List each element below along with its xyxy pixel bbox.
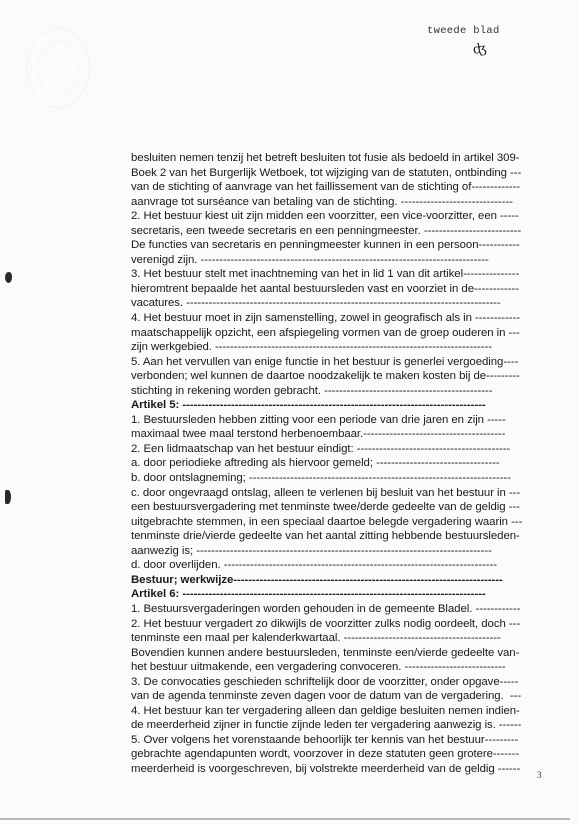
body-text-line: d. door overlijden. --------------------… — [131, 558, 543, 573]
body-text-line: 4. Het bestuur moet in zijn samenstellin… — [131, 311, 543, 326]
notary-seal-stamp — [26, 28, 90, 108]
body-text-line: vacatures. -----------------------------… — [131, 296, 543, 311]
body-text-line: verbonden; wel kunnen de daartoe noodzak… — [131, 369, 543, 384]
punch-hole-mark-icon — [5, 490, 11, 504]
body-text-line: c. door ongevraagd ontslag, alleen te ve… — [131, 486, 543, 501]
scan-edge-line — [0, 818, 570, 820]
body-text-line: maximaal twee maal terstond herbenoembaa… — [131, 427, 543, 442]
body-text-line: 4. Het bestuur kan ter vergadering allee… — [131, 704, 543, 719]
body-text-line: aanwezig is; ---------------------------… — [131, 544, 543, 559]
body-text-line: de meerderheid zijner in functie zijnde … — [131, 718, 543, 733]
body-text-line: Bovendien kunnen andere bestuursleden, t… — [131, 646, 543, 661]
body-text-line: van de agenda tenminste zeven dagen voor… — [131, 689, 543, 704]
sheet-label: tweede blad — [427, 25, 500, 37]
punch-hole-mark-icon — [5, 272, 12, 283]
body-text-line: meerderheid is voorgeschreven, bij volst… — [131, 762, 543, 777]
body-text-line: aanvrage tot surséance van betaling van … — [131, 195, 543, 210]
body-text-line: De functies van secretaris en penningmee… — [131, 238, 543, 253]
section-heading-line: Bestuur; werkwijze----------------------… — [131, 573, 543, 588]
body-text-line: tenminste drie/vierde gedeelte van het a… — [131, 529, 543, 544]
body-text-line: secretaris, een tweede secretaris en een… — [131, 224, 543, 239]
body-text-line: hieromtrent bepaalde het aantal bestuurs… — [131, 282, 543, 297]
body-text-line: maatschappelijk opzicht, een afspiegelin… — [131, 326, 543, 341]
body-text-line: besluiten nemen tenzij het betreft beslu… — [131, 151, 543, 166]
body-text-line: zijn werkgebied. -----------------------… — [131, 340, 543, 355]
document-body: besluiten nemen tenzij het betreft beslu… — [131, 151, 543, 777]
body-text-line: 2. Een lidmaatschap van het bestuur eind… — [131, 442, 543, 457]
body-text-line: gebrachte agendapunten wordt, voorzover … — [131, 747, 543, 762]
body-text-line: b. door ontslagneming; -----------------… — [131, 471, 543, 486]
body-text-line: 3. De convocaties geschieden schriftelij… — [131, 675, 543, 690]
body-text-line: van de stichting of aanvrage van het fai… — [131, 180, 543, 195]
body-text-line: Boek 2 van het Burgerlijk Wetboek, tot w… — [131, 166, 543, 181]
handwritten-initial: ʤ — [472, 41, 487, 58]
page-number: 3 — [537, 770, 542, 780]
body-text-line: stichting in rekening worden gebracht. -… — [131, 384, 543, 399]
body-text-line: verenigd zijn. -------------------------… — [131, 253, 543, 268]
body-text-line: 3. Het bestuur stelt met inachtneming va… — [131, 267, 543, 282]
section-heading-line: Artikel 5: -----------------------------… — [131, 398, 543, 413]
body-text-line: uitgebrachte stemmen, in een speciaal da… — [131, 515, 543, 530]
body-text-line: 1. Bestuursleden hebben zitting voor een… — [131, 413, 543, 428]
body-text-line: tenminste een maal per kalenderkwartaal.… — [131, 631, 543, 646]
body-text-line: 5. Aan het vervullen van enige functie i… — [131, 355, 543, 370]
body-text-line: 2. Het bestuur kiest uit zijn midden een… — [131, 209, 543, 224]
body-text-line: 2. Het bestuur vergadert zo dikwijls de … — [131, 617, 543, 632]
body-text-line: 5. Over volgens het vorenstaande behoorl… — [131, 733, 543, 748]
section-heading-line: Artikel 6: -----------------------------… — [131, 587, 543, 602]
body-text-line: a. door periodieke aftreding als hiervoo… — [131, 456, 543, 471]
body-text-line: een bestuursvergadering met tenminste tw… — [131, 500, 543, 515]
body-text-line: 1. Bestuursvergaderingen worden gehouden… — [131, 602, 543, 617]
body-text-line: het bestuur uitmakende, een vergadering … — [131, 660, 543, 675]
